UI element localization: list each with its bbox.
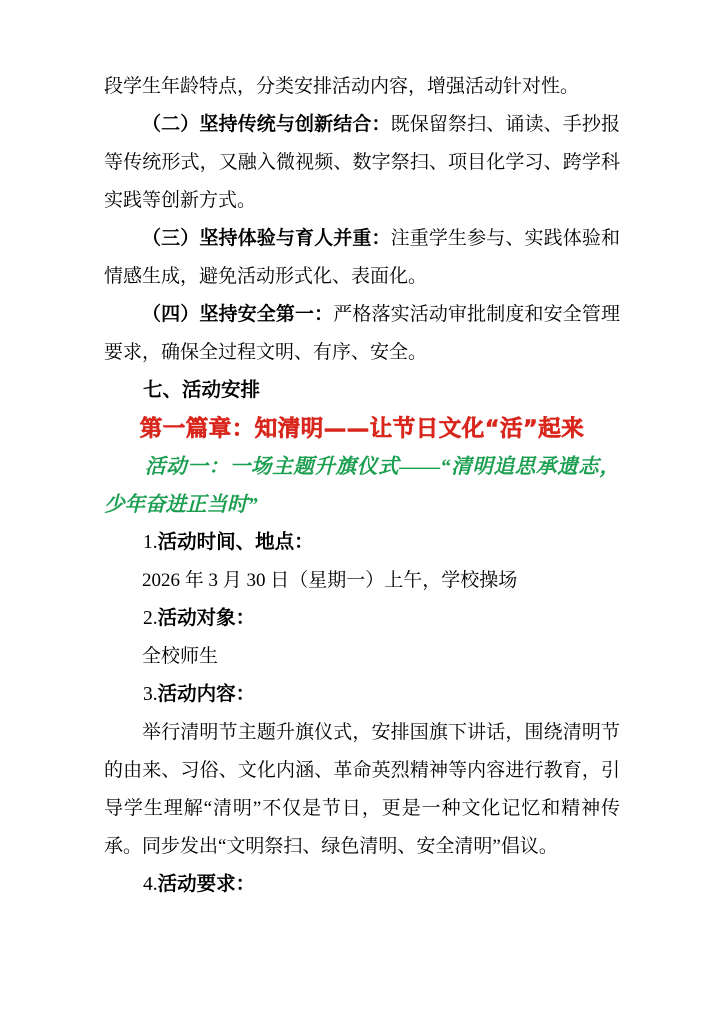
text-run: 活动一：一场主题升旗仪式——“清明追思承遗志，少年奋进正当时”	[104, 456, 620, 516]
paragraph: 2026 年 3 月 30 日（星期一）上午，学校操场	[104, 562, 620, 600]
item-heading: 4.活动要求：	[104, 866, 620, 904]
text-run: （四）坚持安全第一：	[142, 304, 333, 325]
text-run: 活动内容：	[158, 684, 256, 705]
text-run: 4.	[143, 874, 158, 895]
text-run: 举行清明节主题升旗仪式，安排国旗下讲话，围绕清明节的由来、习俗、文化内涵、革命英…	[104, 722, 620, 857]
text-run: 2026 年 3 月 30 日（星期一）上午，学校操场	[142, 570, 517, 591]
paragraph: 举行清明节主题升旗仪式，安排国旗下讲话，围绕清明节的由来、习俗、文化内涵、革命英…	[104, 714, 620, 866]
text-run: 2.	[143, 608, 158, 629]
document-page: 段学生年龄特点，分类安排活动内容，增强活动针对性。（二）坚持传统与创新结合：既保…	[0, 0, 724, 1024]
text-run: 活动对象：	[158, 608, 256, 629]
text-run: （二）坚持传统与创新结合：	[142, 114, 391, 135]
text-run: 1.	[143, 532, 158, 553]
text-run: 活动时间、地点：	[158, 532, 314, 553]
paragraph: 段学生年龄特点，分类安排活动内容，增强活动针对性。	[104, 68, 620, 106]
text-run: 全校师生	[142, 646, 218, 667]
paragraph: 全校师生	[104, 638, 620, 676]
paragraph: （三）坚持体验与育人并重：注重学生参与、实践体验和情感生成，避免活动形式化、表面…	[104, 220, 620, 296]
item-heading: 1.活动时间、地点：	[104, 524, 620, 562]
chapter-heading: 第一篇章：知清明——让节日文化“活”起来	[104, 410, 620, 448]
text-run: 段学生年龄特点，分类安排活动内容，增强活动针对性。	[104, 76, 579, 97]
text-run: 七、活动安排	[143, 380, 260, 401]
activity-heading: 活动一：一场主题升旗仪式——“清明追思承遗志，少年奋进正当时”	[104, 448, 620, 524]
item-heading: 3.活动内容：	[104, 676, 620, 714]
section-heading: 七、活动安排	[104, 372, 620, 410]
item-heading: 2.活动对象：	[104, 600, 620, 638]
paragraph: （二）坚持传统与创新结合：既保留祭扫、诵读、手抄报等传统形式，又融入微视频、数字…	[104, 106, 620, 220]
text-run: （三）坚持体验与育人并重：	[142, 228, 391, 249]
paragraph: （四）坚持安全第一：严格落实活动审批制度和安全管理要求，确保全过程文明、有序、安…	[104, 296, 620, 372]
text-run: 活动要求：	[158, 874, 256, 895]
text-run: 第一篇章：知清明——让节日文化“活”起来	[140, 416, 585, 442]
text-run: 3.	[143, 684, 158, 705]
